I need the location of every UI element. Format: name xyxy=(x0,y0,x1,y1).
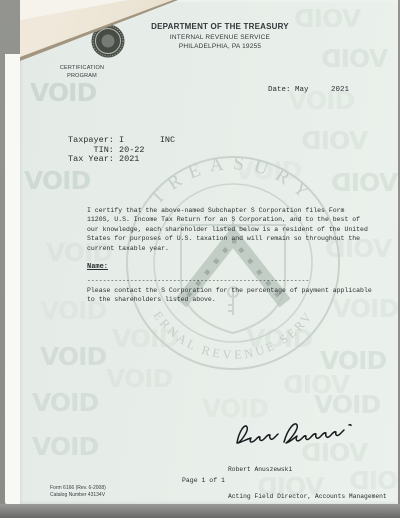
form-id-block: Form 6166 (Rev. 6-2008) Catalog Number 4… xyxy=(50,485,106,500)
signer-name: Robert Anuszewski xyxy=(228,466,387,475)
void-watermark: VOID xyxy=(322,46,388,71)
certification-program-label: CERTIFICATION PROGRAM xyxy=(50,64,114,81)
form-number: Form 6166 (Rev. 6-2008) xyxy=(50,485,106,492)
certification-line: CERTIFICATION xyxy=(50,64,114,72)
page-number: Page 1 of 1 xyxy=(182,476,225,485)
certification-paragraph: I certify that the above-named Subchapte… xyxy=(87,206,368,253)
void-watermark: VOID xyxy=(40,344,106,369)
void-watermark: VOID xyxy=(24,168,90,193)
signer-block: Robert Anuszewski Acting Field Director,… xyxy=(228,448,387,506)
signature xyxy=(232,418,358,450)
catalog-number: Catalog Number 43134V xyxy=(50,492,106,499)
agency-name: DEPARTMENT OF THE TREASURY xyxy=(125,22,315,31)
office-address: PHILADELPHIA, PA 19255 xyxy=(125,43,315,50)
dashed-separator: ----------------------------------------… xyxy=(87,276,309,285)
scanner-bottom-strip xyxy=(0,504,400,518)
contact-note: Please contact the S Corporation for the… xyxy=(87,287,372,305)
name-label: Name: xyxy=(87,262,108,272)
void-watermark: VOID xyxy=(314,392,380,417)
void-watermark: VOID xyxy=(302,128,368,153)
void-watermark: VOID xyxy=(32,390,98,415)
void-watermark: VOID xyxy=(30,80,96,105)
document-paper: VOIDVOIDVOIDVOIDVOIDVOIDVOIDVOIDVOIDVOID… xyxy=(20,0,398,506)
taxpayer-block: Taxpayer: I INC TIN: 20-22 Tax Year: 202… xyxy=(68,136,175,165)
void-watermark: VOID xyxy=(32,434,98,459)
date-line: Date: May 2021 xyxy=(268,85,349,96)
signer-title: Acting Field Director, Accounts Manageme… xyxy=(228,493,387,502)
program-line: PROGRAM xyxy=(50,72,114,80)
service-name: INTERNAL REVENUE SERVICE xyxy=(125,34,315,41)
treasury-seal-watermark: TREASURY INTERNAL REVENUE SERVICE xyxy=(124,154,342,372)
letterhead: DEPARTMENT OF THE TREASURY INTERNAL REVE… xyxy=(125,22,315,50)
